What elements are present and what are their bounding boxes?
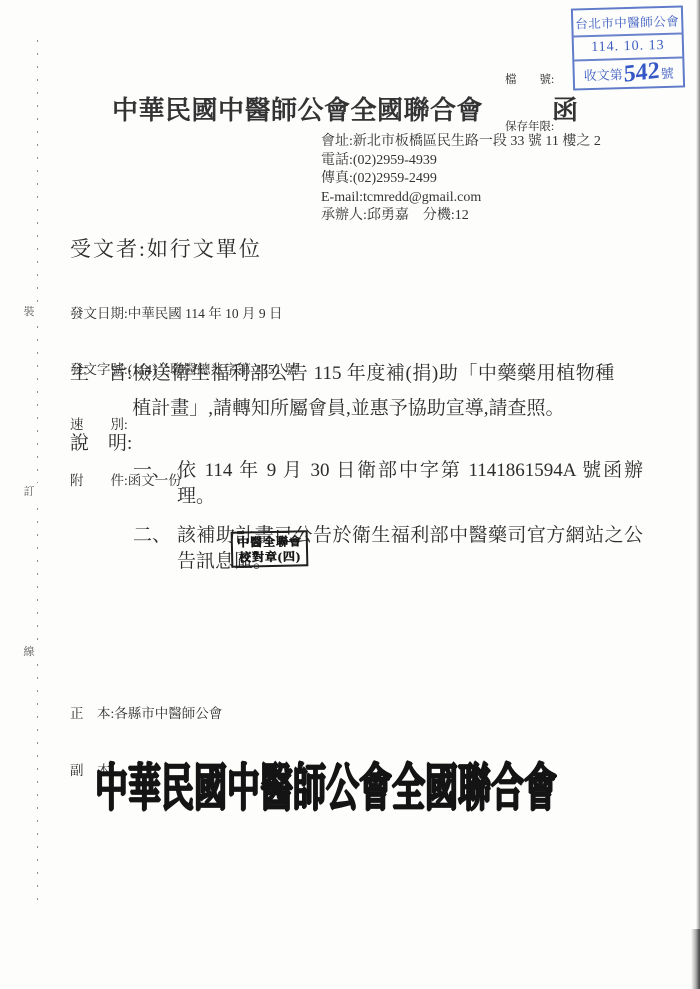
received-stamp-number-row: 收文第 542 號 xyxy=(574,58,683,88)
received-stamp-handwritten-number: 542 xyxy=(624,58,660,86)
contact-phone: 電話:(02)2959-4939 xyxy=(321,152,601,171)
description-item-marker: 一、 xyxy=(133,458,177,510)
received-stamp: 台北市中醫師公會 114. 10. 13 收文第 542 號 xyxy=(571,5,685,90)
contact-fax: 傳真:(02)2959-2499 xyxy=(321,170,601,189)
recipient-value: 如行文單位 xyxy=(147,237,262,261)
subject-label: 主 旨: xyxy=(70,356,132,426)
archive-number-label: 檔 號: xyxy=(505,73,554,89)
contact-email: E-mail:tcmredd@gmail.com xyxy=(321,189,601,208)
contact-block: 會址:新北市板橋區民生路一段 33 號 11 樓之 2 電話:(02)2959-… xyxy=(321,133,601,226)
description-item: 一、 依 114 年 9 月 30 日衛部中字第 1141861594A 號函辦… xyxy=(133,458,645,510)
binding-dotted-line xyxy=(37,40,38,905)
description-item-text: 依 114 年 9 月 30 日衛部中字第 1141861594A 號函辦理。 xyxy=(177,458,643,510)
received-stamp-date: 114. 10. 13 xyxy=(574,34,683,61)
subject-text: 檢送衛生福利部公告 115 年度補(捐)助「中藥藥用植物種植計畫」,請轉知所屬會… xyxy=(132,356,614,426)
organization-title: 中華民國中醫師公會全國聯合會 xyxy=(112,96,483,125)
received-stamp-org: 台北市中醫師公會 xyxy=(573,8,682,38)
contact-handler: 承辦人:邱勇嘉 分機:12 xyxy=(321,207,601,226)
scan-edge-shadow-right xyxy=(696,0,700,989)
scanned-official-letter: 裝 訂 線 檔 號: 保存年限: 台北市中醫師公會 114. 10. 13 收文… xyxy=(0,0,700,989)
letterhead-title-row: 中華民國中醫師公會全國聯合會 函 xyxy=(112,90,579,127)
original-copy-line: 正 本:各縣市中醫師公會 xyxy=(70,704,222,723)
contact-address: 會址:新北市板橋區民生路一段 33 號 11 樓之 2 xyxy=(321,133,601,152)
recipient-label: 受文者: xyxy=(70,237,147,261)
received-stamp-number-prefix: 收文第 xyxy=(583,64,623,84)
description-item: 二、 該補助計畫已公告於衛生福利部中醫藥司官方網站之公告訊息區。 xyxy=(133,523,645,575)
description-item-marker: 二、 xyxy=(133,523,177,575)
check-stamp: 中醫全聯會 校對章(四) xyxy=(231,530,309,568)
recipient-line: 受文者:如行文單位 xyxy=(70,233,262,263)
organization-seal-stamp: 中華民國中醫師公會全國聯合會 xyxy=(95,748,557,821)
check-stamp-line1: 中醫全聯會 xyxy=(237,534,302,550)
description-label: 說 明: xyxy=(70,428,132,455)
check-stamp-line2: 校對章(四) xyxy=(237,549,302,565)
subject-block: 主 旨: 檢送衛生福利部公告 115 年度補(捐)助「中藥藥用植物種植計畫」,請… xyxy=(70,356,622,426)
binding-mark-ding: 訂 xyxy=(18,483,40,499)
document-type: 函 xyxy=(552,96,579,125)
scan-edge-shadow-bottom xyxy=(691,929,700,989)
binding-mark-zhuang: 裝 xyxy=(18,303,40,319)
issue-date-line: 發文日期:中華民國 114 年 10 月 9 日 xyxy=(70,305,298,324)
description-items: 一、 依 114 年 9 月 30 日衛部中字第 1141861594A 號函辦… xyxy=(133,458,645,588)
received-stamp-number-suffix: 號 xyxy=(660,62,674,81)
binding-mark-xian: 線 xyxy=(18,643,40,659)
